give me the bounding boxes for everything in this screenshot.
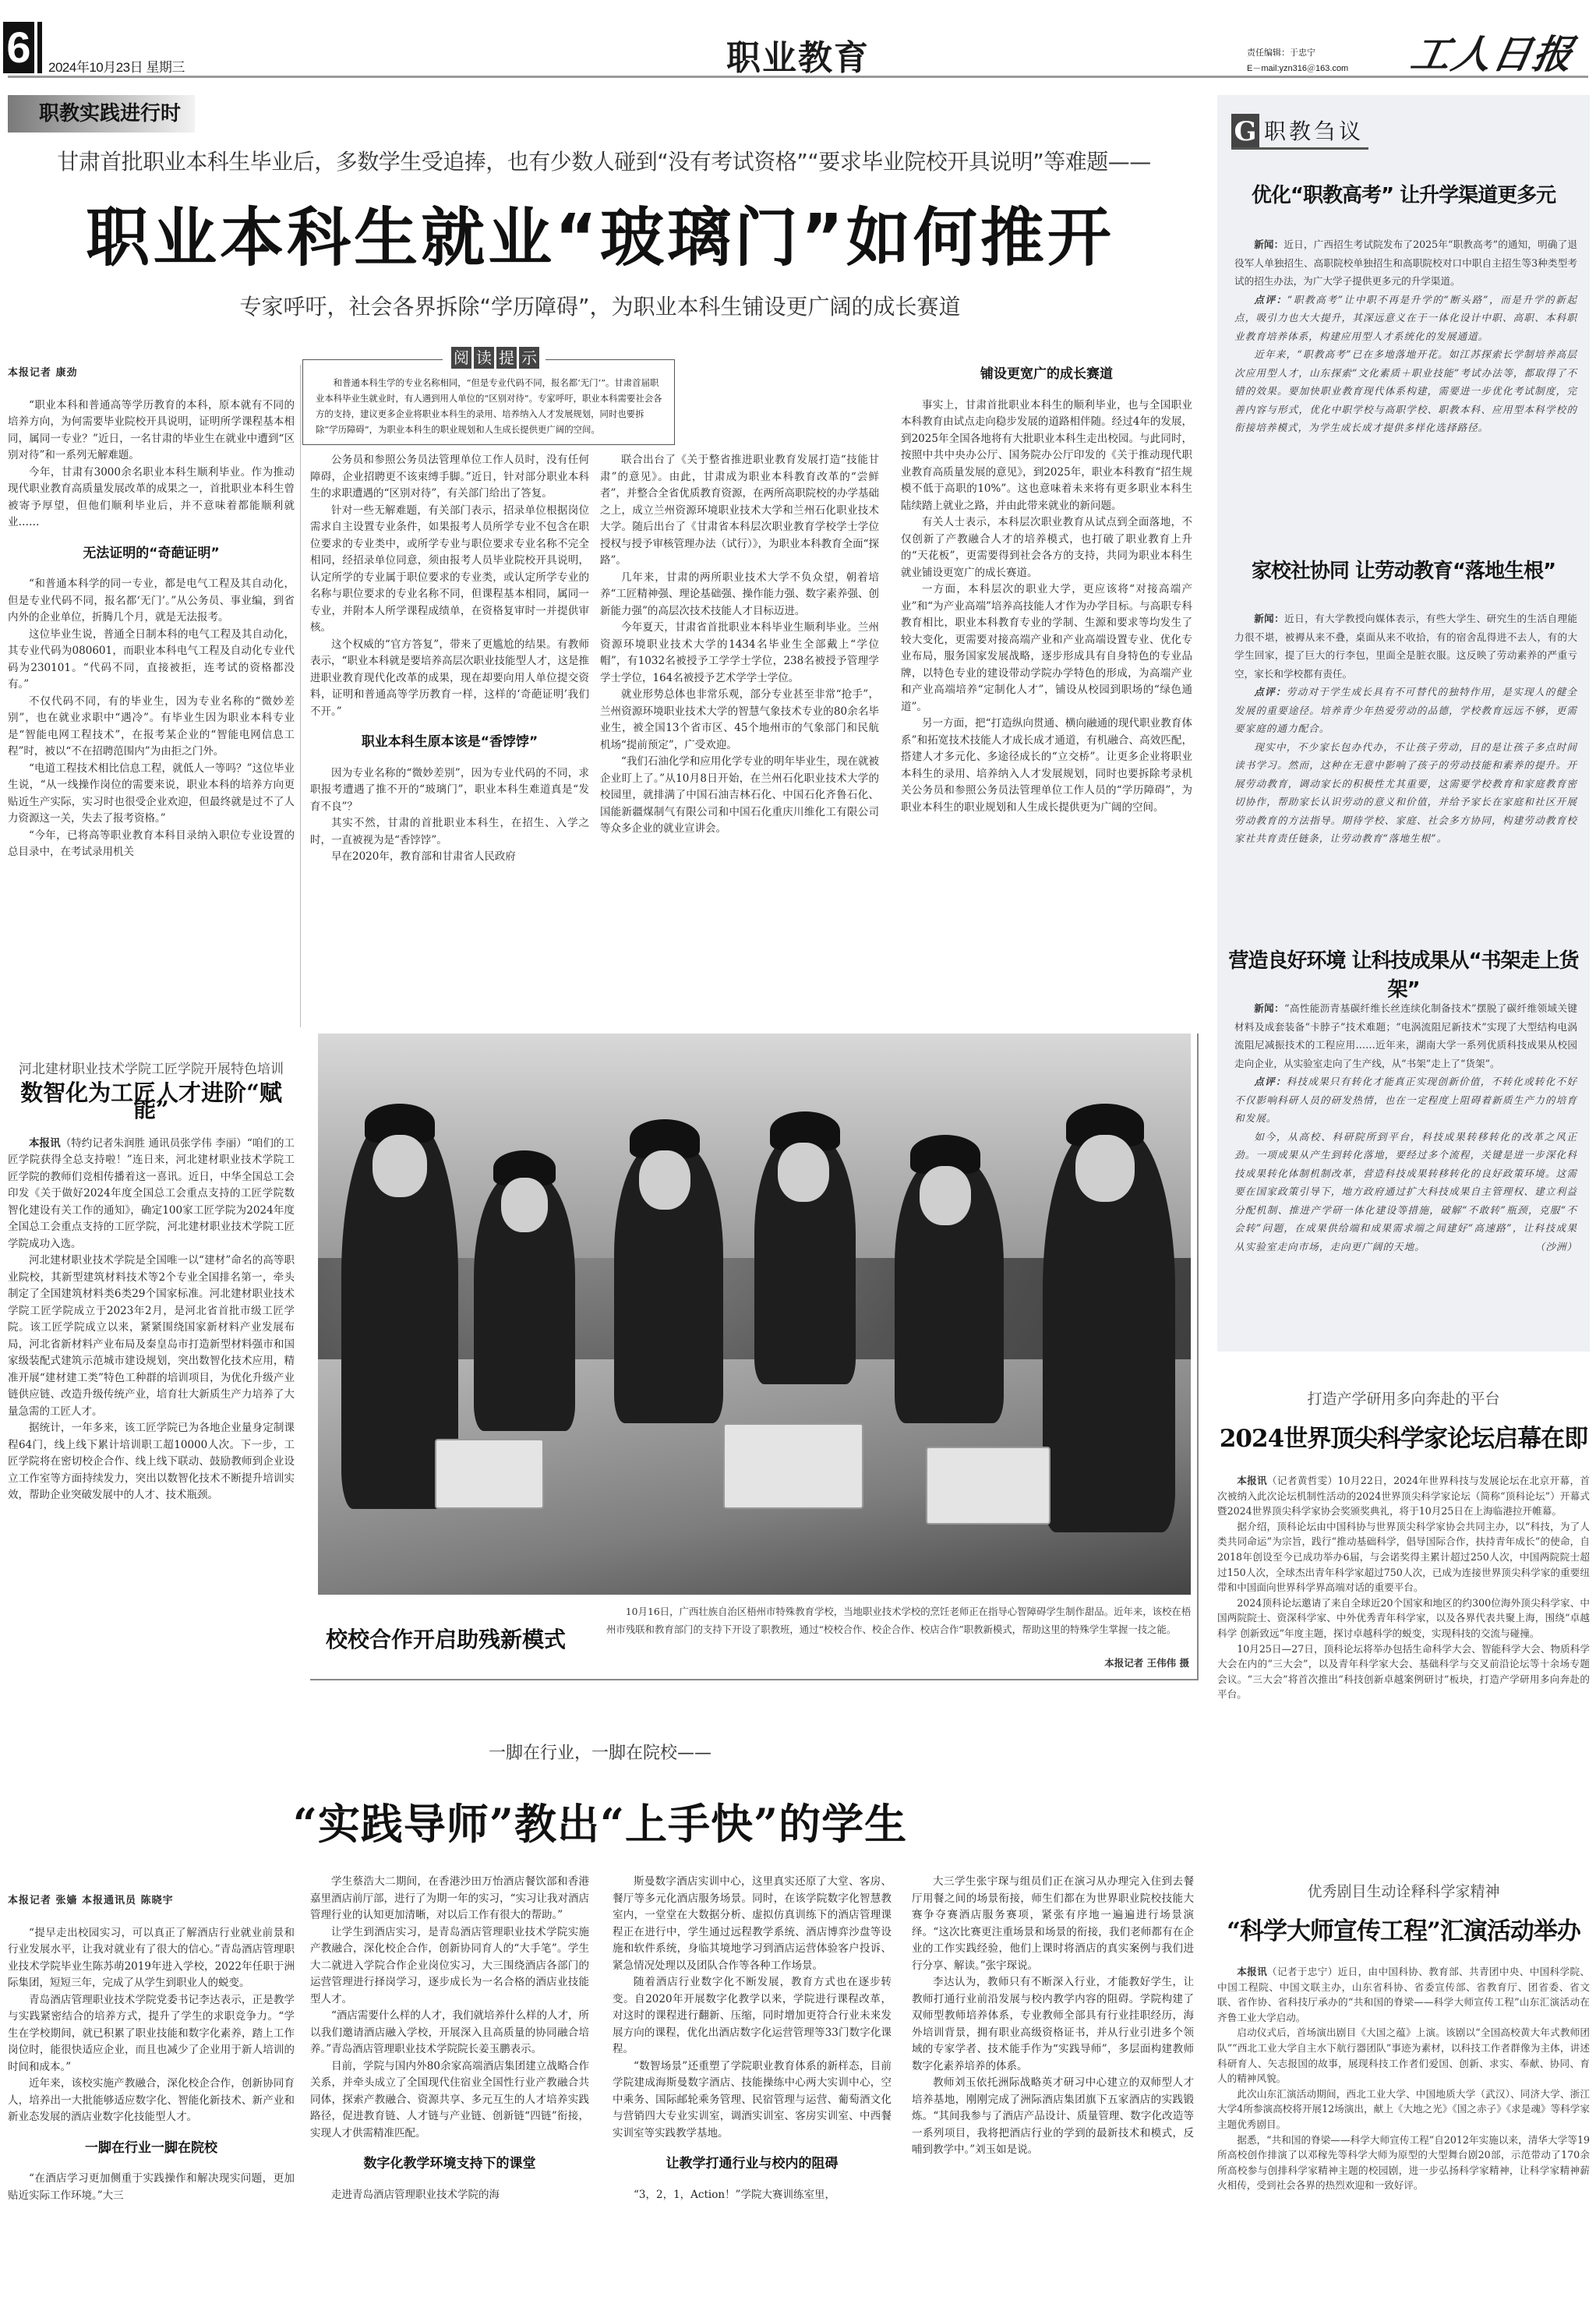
- paragraph: 本报讯（特约记者朱润胜 通讯员张学伟 李丽）“咱们的工匠学院获得全总支持啦！”连…: [8, 1136, 295, 1253]
- news-text: 近日，广西招生考试院发布了2025年“职教高考”的通知，明确了退役军人单独招生、…: [1234, 239, 1577, 287]
- comment-text: 劳动对于学生成长具有不可替代的独特作用，是实现人的健全发展的重要途径。培养青少年…: [1234, 686, 1577, 734]
- reading-tip-body: 和普通本科生学的专业名称相同，“但是专业代码不同，报名都‘无门’”。甘肃首届职业…: [316, 375, 663, 437]
- paragraph: 新闻：近日，广西招生考试院发布了2025年“职教高考”的通知，明确了退役军人单独…: [1234, 235, 1577, 291]
- comment-label: 点评：: [1254, 1076, 1287, 1087]
- lead-label: 本报讯: [1237, 1966, 1267, 1977]
- paragraph: 这位毕业生说，普通全日制本科的电气工程及其自动化，其专业代码为080601，而职…: [8, 627, 295, 694]
- paragraph: 针对一些无解难题，有关部门表示，招录单位根据岗位需求自主设置专业条件，如果报考人…: [310, 503, 589, 637]
- main-subhead: 专家呼吁，社会各界拆除“学历障碍”，为职业本科生铺设更广阔的成长赛道: [156, 290, 1044, 321]
- masthead-divider: [8, 76, 1588, 78]
- paragraph: “在酒店学习更加侧重于实践操作和解决现实问题，更加贴近实际工作环境。”大三: [8, 2171, 295, 2204]
- paragraph: “我们石油化学和应用化学专业的明年毕业生，现在就被企业盯上了。”从10月8日开始…: [600, 754, 879, 838]
- tip-char: 提: [496, 347, 517, 369]
- right-news-1-headline: 2024世界顶尖科学家论坛启幕在即: [1217, 1419, 1590, 1454]
- lead-label: 本报讯: [29, 1137, 61, 1150]
- news-photo: [318, 1034, 1191, 1595]
- paragraph: “提早走出校园实习，可以真正了解酒店行业就业前景和行业发展水平，让我对就业有了很…: [8, 1925, 295, 1992]
- paragraph: “3，2，1，Action！”学院大赛训练室里，: [613, 2187, 892, 2204]
- paragraph: 因为专业名称的“微妙差别”，因为专业代码的不同，求职报考遭遇了推不开的“玻璃门”…: [310, 765, 589, 816]
- main-col-3: 联合出台了《关于整省推进职业教育发展打造“技能甘肃”的意见》。由此，甘肃成为职业…: [600, 452, 879, 1029]
- paragraph: 目前，学院与国内外80余家高端酒店集团建立战略合作关系，并牵头成立了全国现代住宿…: [310, 2058, 589, 2143]
- sidebar-headline: 优化“职教高考” 让升学渠道更多元: [1228, 179, 1579, 208]
- bottom-col-2: 学生蔡浩大二期间，在香港沙田万怡酒店餐饮部和香港嘉里酒店前厅部，进行了为期一年的…: [310, 1874, 589, 2318]
- paragraph: 几年来，甘肃的两所职业技术大学不负众望，朝着培养“工匠精神强、理论基础强、操作能…: [600, 570, 879, 620]
- paragraph: “酒店需要什么样的人才，我们就培养什么样的人才，所以我们邀请酒店融入学校，开展深…: [310, 2008, 589, 2058]
- sidebar-headline: 营造良好环境 让科技成果从“书架走上货架”: [1228, 945, 1579, 1002]
- lead-byline: （特约记者朱润胜 通讯员张学伟 李丽）: [61, 1137, 247, 1150]
- main-col-2: 公务员和参照公务员法管理单位工作人员时，没有任何障碍，企业招聘更不该束缚手脚。”…: [310, 452, 589, 1029]
- editor-info: 责任编辑：于忠宁 E－mail:yzn316＠163.com: [1247, 45, 1348, 76]
- paragraph: 启动仪式后，首场演出剧目《大国之蕴》上演。该剧以“全国高校黄大年式教师团队”“西…: [1217, 2025, 1590, 2086]
- bottom-byline: 本报记者 张嫱 本报通讯员 陈晓宇: [8, 1892, 295, 1910]
- paragraph: 本报讯（记者于忠宁）近日，由中国科协、教育部、共青团中央、中国科学院、中国工程院…: [1217, 1964, 1590, 2025]
- right-news-2-body: 本报讯（记者于忠宁）近日，由中国科协、教育部、共青团中央、中国科学院、中国工程院…: [1217, 1964, 1590, 2315]
- paragraph: 点评：“职教高考”让中职不再是升学的“断头路”，而是升学的新起点，吸引力也大大提…: [1234, 291, 1577, 346]
- photo-block: 校校合作开启助残新模式 10月16日，广西壮族自治区梧州市特殊教育学校，当地职业…: [310, 1034, 1199, 1680]
- main-byline: 本报记者 康劲: [8, 365, 295, 382]
- photo-face: [778, 1143, 829, 1202]
- paragraph: 另一方面，把“打造纵向贯通、横向融通的现代职业教育体系”和拓宽技术技能人才成长成…: [901, 716, 1192, 816]
- lead-byline: （记者黄哲雯）: [1267, 1475, 1338, 1486]
- paragraph: 学生蔡浩大二期间，在香港沙田万怡酒店餐饮部和香港嘉里酒店前厅部，进行了为期一年的…: [310, 1874, 589, 1924]
- photo-face: [639, 1150, 690, 1210]
- photo-credit: 本报记者 王伟伟 摄: [1104, 1655, 1189, 1670]
- lead-text: “咱们的工匠学院获得全总支持啦！”连日来，河北建材职业技术学院工匠学院的教师们竞…: [8, 1137, 295, 1250]
- reading-tip-box: 阅 读 提 示 和普通本科生学的专业名称相同，“但是专业代码不同，报名都‘无门’…: [302, 359, 675, 445]
- photo-tray: [926, 1447, 1050, 1525]
- bottom-col-3: 斯曼数字酒店实训中心，这里真实还原了大堂、客房、餐厅等多元化酒店服务场景。同时，…: [613, 1874, 892, 2318]
- left-brief: 河北建材职业技术学院工匠学院开展特色培训 数智化为工匠人才进阶“赋能” 本报讯（…: [8, 1062, 295, 1708]
- photo-face: [920, 1166, 971, 1225]
- paragraph: 近年来，该校实施产教融合，深化校企合作，创新协同育人，培养出一大批能够适应数字化…: [8, 2076, 295, 2126]
- news-text: “高性能沥青基碳纤维长丝连续化制备技术”摆脱了碳纤维领域关键材料及成套装备“卡脖…: [1234, 1002, 1577, 1069]
- paragraph: 大三学生张宇琛与组员们正在演习从办理完入住到去餐厅用餐之间的场景衔接，师生们都在…: [912, 1874, 1194, 1974]
- column-rule: [300, 365, 301, 1027]
- right-news-2-kicker: 优秀剧目生动诠释科学家精神: [1217, 1880, 1590, 1901]
- lead-byline: （记者于忠宁）: [1267, 1966, 1338, 1977]
- subheading: 无法证明的“奇葩证明”: [8, 546, 295, 563]
- photo-caption-title: 校校合作开启助残新模式: [326, 1623, 566, 1654]
- news-label: 新闻：: [1254, 613, 1284, 624]
- photo-tray: [435, 1439, 544, 1509]
- paragraph: 联合出台了《关于整省推进职业教育发展打造“技能甘肃”的意见》。由此，甘肃成为职业…: [600, 452, 879, 570]
- paragraph: 2024顶科论坛邀请了来自全球近20个国家和地区的约300位海外顶尖科学家、中国…: [1217, 1595, 1590, 1641]
- subheading: 一脚在行业一脚在院校: [8, 2140, 295, 2157]
- subheading: 让教学打通行业与校内的阻碍: [613, 2156, 892, 2173]
- editor-email: E－mail:yzn316＠163.com: [1247, 61, 1348, 76]
- right-news-2-headline: “科学大师宣传工程”汇演活动举办: [1217, 1911, 1590, 1946]
- paragraph: 不仅代码不同，有的毕业生，因为专业名称的“微妙差别”，也在就业求职中“遇冷”。有…: [8, 694, 295, 761]
- paragraph: 让学生到酒店实习，是青岛酒店管理职业技术学院实施产教融合，深化校企合作，创新协同…: [310, 1924, 589, 2009]
- paragraph: 10月25日—27日，顶科论坛将举办包括生命科学大会、智能科学大会、物质科学大会…: [1217, 1641, 1590, 1702]
- paragraph: 本报讯（记者黄哲雯）10月22日，2024年世界科技与发展论坛在北京开幕，首次被…: [1217, 1473, 1590, 1519]
- paragraph: “数智场景”还重塑了学院职业教育体系的新样态，目前学院建成海斯曼数字酒店、技能操…: [613, 2058, 892, 2143]
- lead-label: 本报讯: [1237, 1475, 1267, 1486]
- tip-char: 阅: [451, 347, 471, 369]
- signature: （沙洲）: [1515, 1238, 1577, 1256]
- subheading: 数字化教学环境支持下的课堂: [310, 2156, 589, 2173]
- paragraph: “今年，已将高等职业教育本科目录纳入职位专业设置的总目录中，在考试录用机关: [8, 828, 295, 861]
- bottom-col-4: 大三学生张宇琛与组员们正在演习从办理完入住到去餐厅用餐之间的场景衔接，师生们都在…: [912, 1874, 1194, 2318]
- section-title: 职业教育: [0, 30, 1596, 80]
- main-headline: 职业本科生就业“玻璃门”如何推开: [78, 187, 1122, 278]
- paragraph: 新闻：近日，有大学教授向媒体表示，有些大学生、研究生的生活自理能力很不堪，被褥从…: [1234, 610, 1577, 683]
- paragraph: 河北建材职业技术学院是全国唯一以“建材”命名的高等职业院校，其新型建筑材料技术等…: [8, 1253, 295, 1420]
- paragraph: 教师刘玉依托洲际战略英才研习中心建立的双师型人才培养基地，刚刚完成了洲际酒店集团…: [912, 2075, 1194, 2159]
- comment-label: 点评：: [1254, 294, 1287, 306]
- photo-caption: 10月16日，广西壮族自治区梧州市特殊教育学校，当地职业技术学校的烹饪老师正在指…: [606, 1602, 1192, 1638]
- photo-face: [373, 1135, 427, 1197]
- paragraph: 斯曼数字酒店实训中心，这里真实还原了大堂、客房、餐厅等多元化酒店服务场景。同时，…: [613, 1874, 892, 1974]
- paragraph: 据统计，一年多来，该工匠学院已为各地企业量身定制课程64门，线上线下累计培训职工…: [8, 1420, 295, 1504]
- paragraph: 据悉，“共和国的脊梁——科学大师宣传工程”自2012年实施以来，清华大学等19所…: [1217, 2132, 1590, 2193]
- masthead: 6 2024年10月23日 星期三 职业教育 责任编辑：于忠宁 E－mail:y…: [0, 0, 1596, 78]
- photo-tray: [723, 1423, 863, 1509]
- paragraph: 就业形势总体也非常乐观，部分专业甚至非常“抢手”，兰州资源环境职业技术大学的智慧…: [600, 687, 879, 754]
- paragraph: 现实中，不少家长包办代办，不让孩子劳动，目的是让孩子多点时间读书学习。然而，这种…: [1234, 738, 1577, 848]
- paragraph: 有关人士表示，本科层次职业教育从试点到全面落地，不仅创新了产教融合人才的培养模式…: [901, 514, 1192, 581]
- paragraph: 其实不然，甘肃的首批职业本科生，在招生、入学之时，一直被视为是“香饽饽”。: [310, 815, 589, 849]
- paragraph: 今年，甘肃有3000余名职业本科生顺利毕业。作为推动现代职业教育高质量发展改革的…: [8, 465, 295, 532]
- main-kicker: 甘肃首批职业本科生毕业后，多数学生受追捧，也有少数人碰到“没有考试资格”“要求毕…: [47, 145, 1161, 176]
- bottom-kicker: 一脚在行业，一脚在院校——: [0, 1740, 1200, 1764]
- paragraph: 走进青岛酒店管理职业技术学院的海: [310, 2187, 589, 2204]
- subheading: 铺设更宽广的成长赛道: [901, 366, 1192, 383]
- sidebar-headline: 家校社协同 让劳动教育“落地生根”: [1228, 555, 1579, 584]
- main-col-1: 本报记者 康劲 “职业本科和普通高等学历教育的本科，原本就有不同的培养方向，为何…: [8, 365, 295, 1027]
- paragraph: 一方面，本科层次的职业大学，更应该将“对接高端产业”和“为产业高端”培养高技能人…: [901, 581, 1192, 716]
- paragraph: 今年夏天，甘肃省首批职业本科毕业生顺利毕业。兰州资源环境职业技术大学的1434名…: [600, 620, 879, 687]
- paragraph: 据介绍，顶科论坛由中国科协与世界顶尖科学家协会共同主办，以“科技，为了人类共同命…: [1217, 1519, 1590, 1595]
- brief-kicker: 河北建材职业技术学院工匠学院开展特色培训: [8, 1062, 295, 1079]
- sidebar-tag-title: 职教刍议: [1259, 114, 1368, 147]
- tip-char: 读: [474, 347, 494, 369]
- right-news-1-body: 本报讯（记者黄哲雯）10月22日，2024年世界科技与发展论坛在北京开幕，首次被…: [1217, 1473, 1590, 1863]
- sidebar-item-3-body: 新闻：“高性能沥青基碳纤维长丝连续化制备技术”摆脱了碳纤维领域关键材料及成套装备…: [1234, 999, 1577, 1256]
- comment-text: 科技成果只有转化才能真正实现创新价值，不转化或转化不好不仅影响科研人员的研发热情…: [1234, 1076, 1577, 1124]
- paragraph: 点评：科技成果只有转化才能真正实现创新价值，不转化或转化不好不仅影响科研人员的研…: [1234, 1072, 1577, 1128]
- bottom-headline: “实践导师”教出“上手快”的学生: [0, 1791, 1200, 1851]
- reading-tip-title: 阅 读 提 示: [451, 347, 539, 369]
- comment-label: 点评：: [1254, 686, 1287, 698]
- sidebar-item-2-body: 新闻：近日，有大学教授向媒体表示，有些大学生、研究生的生活自理能力很不堪，被褥从…: [1234, 610, 1577, 848]
- paragraph: 公务员和参照公务员法管理单位工作人员时，没有任何障碍，企业招聘更不该束缚手脚。”…: [310, 452, 589, 503]
- sidebar-tag: G 职教刍议: [1231, 114, 1368, 150]
- column-tag: 职教实践进行时: [8, 95, 195, 133]
- paragraph: “电道工程技术相比信息工程，就低人一等吗？”这位毕业生说，“从一线操作岗位的需要…: [8, 761, 295, 828]
- news-label: 新闻：: [1254, 239, 1284, 250]
- paragraph: 随着酒店行业数字化不断发展，教育方式也在逐步转变。自2020年开展数字化教学以来…: [613, 1974, 892, 2058]
- photo-face: [1075, 1135, 1135, 1202]
- paragraph: 这个权威的“官方答复”，带来了更尴尬的结果。有教师表示，“职业本科就是要培养高层…: [310, 637, 589, 721]
- subheading: 职业本科生原本该是“香饽饽”: [310, 734, 589, 751]
- bottom-col-1: 本报记者 张嫱 本报通讯员 陈晓宇 “提早走出校园实习，可以真正了解酒店行业就业…: [8, 1892, 295, 2318]
- sidebar-tag-letter: G: [1231, 114, 1259, 147]
- paragraph: 点评：劳动对于学生成长具有不可替代的独特作用，是实现人的健全发展的重要途径。培养…: [1234, 683, 1577, 738]
- news-label: 新闻：: [1254, 1002, 1284, 1014]
- brief-headline: 数智化为工匠人才进阶“赋能”: [8, 1085, 295, 1118]
- paragraph: 李达认为，教师只有不断深入行业，才能教好学生，让教师打通行业前沿发展与校内教学内…: [912, 1974, 1194, 2075]
- photo-face: [501, 1178, 548, 1232]
- right-news-1-kicker: 打造产学研用多向奔赴的平台: [1217, 1387, 1590, 1408]
- tip-char: 示: [519, 347, 539, 369]
- sidebar-item-1-body: 新闻：近日，广西招生考试院发布了2025年“职教高考”的通知，明确了退役军人单独…: [1234, 235, 1577, 437]
- paragraph: 早在2020年，教育部和甘肃省人民政府: [310, 849, 589, 866]
- extra-text: 如今，从高校、科研院所到平台，科技成果转移转化的改革之风正劲。一项成果从产生到转…: [1234, 1131, 1577, 1253]
- paragraph: 此次山东汇演活动期间，西北工业大学、中国地质大学（武汉）、同济大学、浙江大学4所…: [1217, 2087, 1590, 2132]
- editor-name: 责任编辑：于忠宁: [1247, 45, 1348, 61]
- paragraph: “职业本科和普通高等学历教育的本科，原本就有不同的培养方向，为何需要毕业院校开具…: [8, 398, 295, 465]
- newspaper-logo: 工人日报: [1407, 23, 1580, 80]
- commentary-sidebar: G 职教刍议 优化“职教高考” 让升学渠道更多元 新闻：近日，广西招生考试院发布…: [1217, 95, 1590, 1352]
- paragraph: 事实上，甘肃首批职业本科生的顺利毕业，也与全国职业本科教育由试点走向稳步发展的道…: [901, 398, 1192, 515]
- paragraph: “和普通本科学的同一专业，都是电气工程及其自动化，但是专业代码不同，报名都‘无门…: [8, 576, 295, 627]
- main-col-4: 铺设更宽广的成长赛道 事实上，甘肃首批职业本科生的顺利毕业，也与全国职业本科教育…: [901, 352, 1192, 1029]
- paragraph: 新闻：“高性能沥青基碳纤维长丝连续化制备技术”摆脱了碳纤维领域关键材料及成套装备…: [1234, 999, 1577, 1072]
- news-text: 近日，有大学教授向媒体表示，有些大学生、研究生的生活自理能力很不堪，被褥从来不叠…: [1234, 613, 1577, 680]
- paragraph: 近年来，“职教高考”已在多地落地开花。如江苏探索长学制培养高层次应用型人才，山东…: [1234, 345, 1577, 437]
- paragraph: 如今，从高校、科研院所到平台，科技成果转移转化的改革之风正劲。一项成果从产生到转…: [1234, 1128, 1577, 1256]
- paragraph: 青岛酒店管理职业技术学院党委书记李达表示，正是教学与实践紧密结合的培养方式，提升…: [8, 1992, 295, 2076]
